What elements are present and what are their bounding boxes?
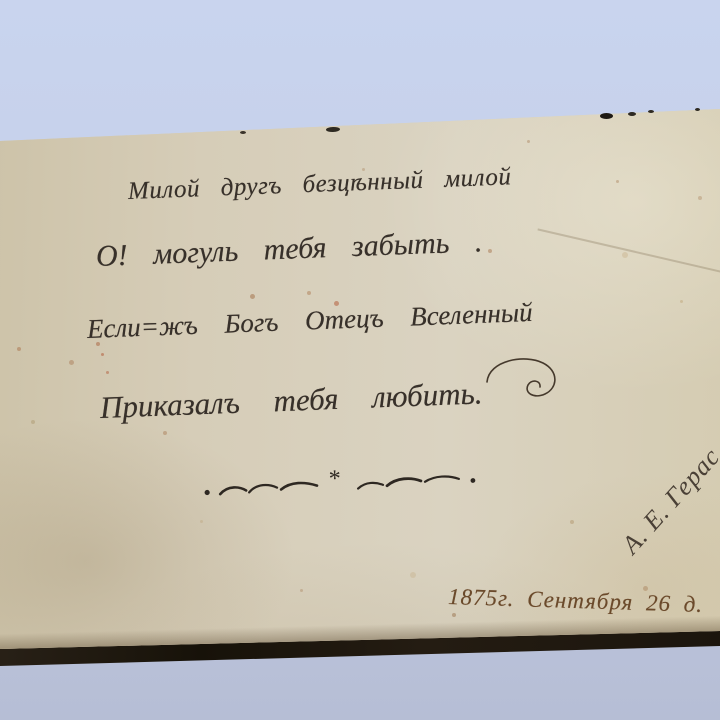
foxing-spot: [300, 589, 303, 592]
foxing-spot: [307, 291, 311, 295]
page-edge-nick: [600, 113, 613, 119]
foxing-spot: [488, 249, 492, 253]
foxing-spot: [452, 613, 456, 617]
foxing-spot: [698, 196, 702, 200]
date-inscription: 1875г. Сентября 26 д.: [448, 584, 704, 618]
verse-line-2: О! могуль тебя забыть .: [95, 225, 483, 274]
page-edge-nick: [648, 110, 654, 113]
foxing-spot: [410, 572, 416, 578]
divider-asterisk: *: [329, 466, 342, 493]
foxing-spot: [31, 420, 35, 424]
verse-line-3: Если=жъ Богъ Отецъ Вселенный: [86, 297, 533, 345]
foxing-spot: [17, 347, 21, 351]
foxing-spot: [570, 520, 574, 524]
foxing-spot: [106, 371, 109, 374]
paper-crease: [537, 228, 720, 277]
flourish-divider: *: [195, 464, 486, 506]
foxing-spot: [622, 252, 628, 258]
album-page: Милой другъ безцѣнный милой О! могуль те…: [0, 0, 720, 720]
page-edge-nick: [695, 108, 700, 111]
photo-background: Милой другъ безцѣнный милой О! могуль те…: [0, 0, 720, 720]
foxing-spot: [163, 431, 167, 435]
verse-line-4: Приказалъ тебя любить.: [99, 375, 483, 426]
foxing-spot: [527, 140, 530, 143]
page-top-edge-shadow: [0, 71, 720, 118]
foxing-spot: [250, 294, 255, 299]
verse-line-1: Милой другъ безцѣнный милой: [127, 163, 511, 206]
foxing-spot: [200, 520, 203, 523]
foxing-spot: [69, 360, 74, 365]
pen-flourish-curl: [483, 352, 563, 410]
signature: А. Е. Герас: [616, 442, 720, 560]
page-edge-nick: [628, 112, 636, 116]
foxing-spot: [101, 353, 104, 356]
foxing-spot: [616, 180, 619, 183]
page-edge-nick: [240, 131, 246, 134]
foxing-spot: [680, 300, 683, 303]
